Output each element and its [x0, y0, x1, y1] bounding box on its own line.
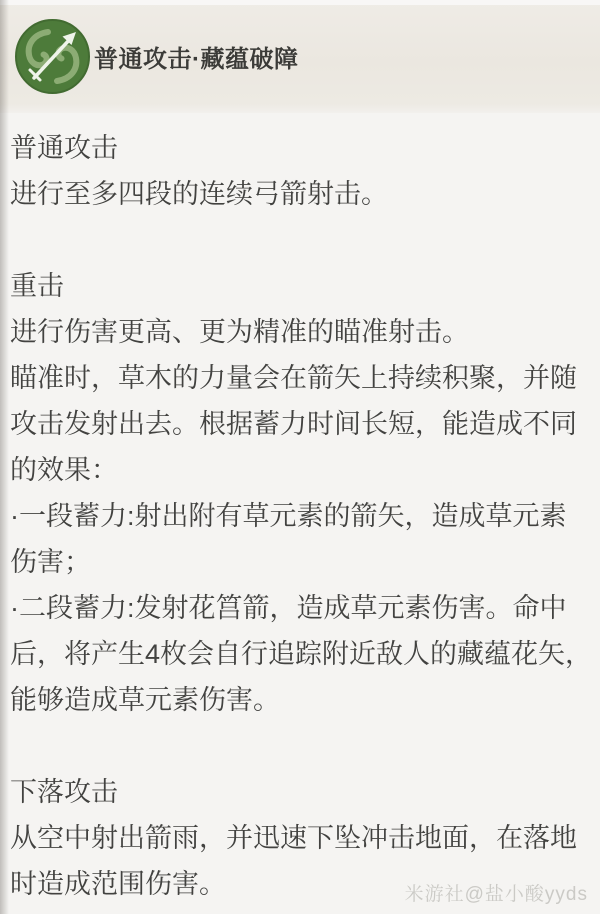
section-text: 进行至多四段的连续弓箭射击。 — [10, 171, 596, 217]
skill-header: 普通攻击·藏蕴破障 — [0, 0, 600, 113]
section-heading: 普通攻击 — [10, 125, 596, 171]
skill-title: 普通攻击·藏蕴破障 — [94, 0, 299, 113]
bow-arrow-skill-icon — [15, 19, 90, 94]
section-charged-attack: 重击 进行伤害更高、更为精准的瞄准射击。 瞄准时，草木的力量会在箭矢上持续积聚，… — [10, 263, 596, 723]
section-heading: 下落攻击 — [10, 769, 596, 815]
watermark: 米游社@盐小酸yyds — [405, 879, 588, 906]
section-text: 进行伤害更高、更为精准的瞄准射击。 瞄准时，草木的力量会在箭矢上持续积聚，并随 … — [10, 309, 596, 723]
page-top-strip — [0, 0, 600, 5]
section-normal-attack: 普通攻击 进行至多四段的连续弓箭射击。 — [10, 125, 596, 217]
section-heading: 重击 — [10, 263, 596, 309]
skill-description-page: 普通攻击·藏蕴破障 普通攻击 进行至多四段的连续弓箭射击。 重击 进行伤害更高、… — [0, 0, 600, 914]
skill-description-body: 普通攻击 进行至多四段的连续弓箭射击。 重击 进行伤害更高、更为精准的瞄准射击。… — [0, 113, 600, 907]
